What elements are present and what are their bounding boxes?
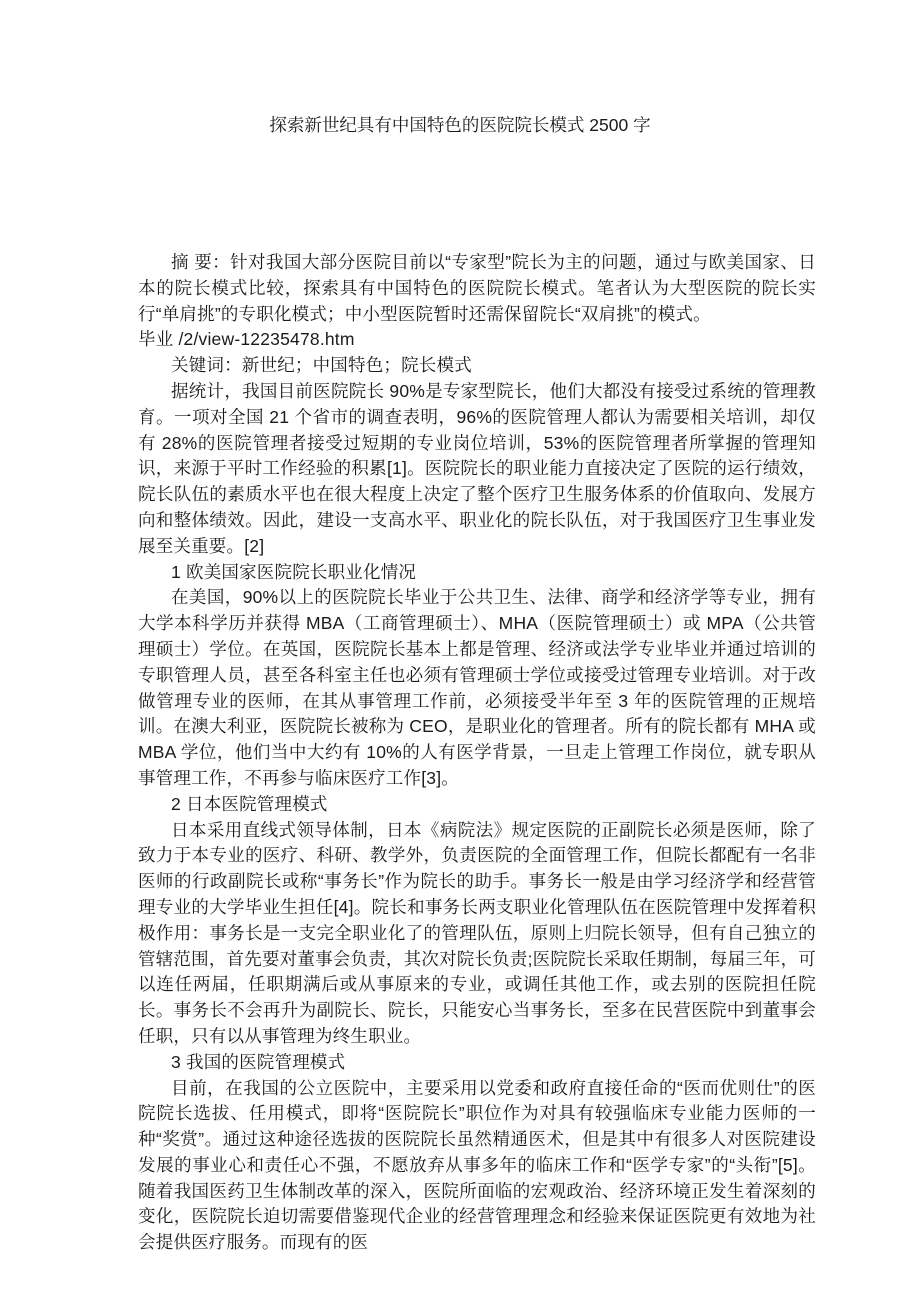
document-title: 探索新世纪具有中国特色的医院院长模式 2500 字 xyxy=(0,112,920,138)
section-heading: 2 日本医院管理模式 xyxy=(138,792,816,818)
document-body: 摘 要：针对我国大部分医院目前以“专家型”院长为主的问题，通过与欧美国家、日本的… xyxy=(138,250,816,1256)
section-heading: 1 欧美国家医院院长职业化情况 xyxy=(138,560,816,586)
paragraph: 摘 要：针对我国大部分医院目前以“专家型”院长为主的问题，通过与欧美国家、日本的… xyxy=(138,250,816,327)
paragraph: 日本采用直线式领导体制，日本《病院法》规定医院的正副院长必须是医师，除了致力于本… xyxy=(138,818,816,1050)
paragraph: 关键词：新世纪；中国特色；院长模式 xyxy=(138,353,816,379)
document-page: 探索新世纪具有中国特色的医院院长模式 2500 字 摘 要：针对我国大部分医院目… xyxy=(0,0,920,1302)
section-heading: 3 我国的医院管理模式 xyxy=(138,1050,816,1076)
paragraph: 毕业 /2/view-12235478.htm xyxy=(138,327,816,353)
paragraph: 据统计，我国目前医院院长 90%是专家型院长，他们大都没有接受过系统的管理教育。… xyxy=(138,379,816,560)
paragraph: 在美国，90%以上的医院院长毕业于公共卫生、法律、商学和经济学等专业，拥有大学本… xyxy=(138,585,816,791)
paragraph: 目前，在我国的公立医院中，主要采用以党委和政府直接任命的“医而优则仕”的医院院长… xyxy=(138,1076,816,1257)
